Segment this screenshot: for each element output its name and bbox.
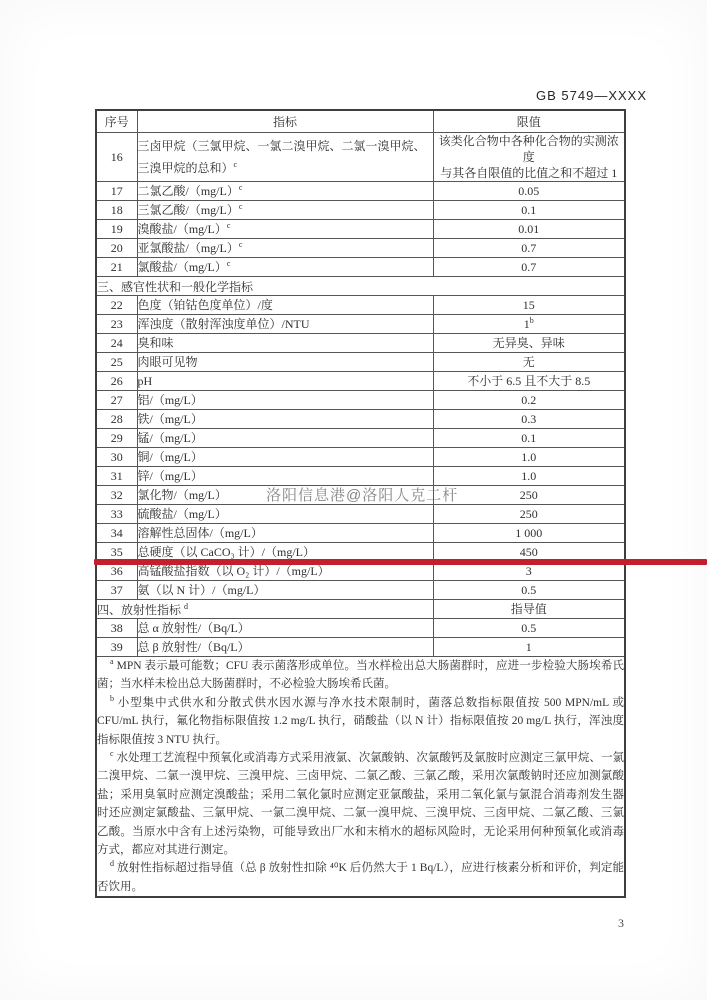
indicator-cell: 总 β 放射性/（Bq/L） — [137, 638, 433, 657]
indicator-cell: 硫酸盐/（mg/L） — [137, 505, 433, 524]
indicator-cell: 肉眼可见物 — [137, 353, 433, 372]
section-row: 四、放射性指标 d指导值 — [96, 600, 625, 619]
standard-code: GB 5749—XXXX — [536, 88, 647, 103]
limit-cell: 1b — [433, 315, 625, 334]
row-number-cell: 16 — [96, 133, 137, 182]
row-number-cell: 38 — [96, 619, 137, 638]
indicator-cell: 浑浊度（散射浑浊度单位）/NTU — [137, 315, 433, 334]
limit-cell: 该类化合物中各种化合物的实测浓度与其各自限值的比值之和不超过 1 — [433, 133, 625, 182]
limit-cell: 1.0 — [433, 467, 625, 486]
header-row: 序号 指标 限值 — [96, 110, 625, 133]
row-number-cell: 26 — [96, 372, 137, 391]
table-row: 21氯酸盐/（mg/L）c0.7 — [96, 258, 625, 277]
limit-cell: 0.3 — [433, 410, 625, 429]
row-number-cell: 17 — [96, 182, 137, 201]
section-title-cell: 三、感官性状和一般化学指标 — [96, 277, 625, 296]
col-header-number: 序号 — [96, 110, 137, 133]
limit-cell: 250 — [433, 486, 625, 505]
limit-cell: 不小于 6.5 且不大于 8.5 — [433, 372, 625, 391]
indicator-cell: 三卤甲烷（三氯甲烷、一氯二溴甲烷、二氯一溴甲烷、三溴甲烷的总和）c — [137, 133, 433, 182]
table-row: 34溶解性总固体/（mg/L）1 000 — [96, 524, 625, 543]
indicator-cell: 总 α 放射性/（Bq/L） — [137, 619, 433, 638]
section-title-cell: 四、放射性指标 d — [96, 600, 433, 619]
section-row: 三、感官性状和一般化学指标 — [96, 277, 625, 296]
limit-cell: 0.1 — [433, 429, 625, 448]
table-row: 23浑浊度（散射浑浊度单位）/NTU1b — [96, 315, 625, 334]
footnote: d 放射性指标超过指导值（总 β 放射性扣除 ⁴⁰K 后仍然大于 1 Bq/L）… — [97, 859, 624, 896]
col-header-limit: 限值 — [433, 110, 625, 133]
row-number-cell: 23 — [96, 315, 137, 334]
row-number-cell: 30 — [96, 448, 137, 467]
limit-cell: 1 — [433, 638, 625, 657]
limit-cell: 0.1 — [433, 201, 625, 220]
table-row: 39总 β 放射性/（Bq/L）1 — [96, 638, 625, 657]
table-row: 18三氯乙酸/（mg/L）c0.1 — [96, 201, 625, 220]
row-number-cell: 27 — [96, 391, 137, 410]
limit-cell: 1 000 — [433, 524, 625, 543]
row-number-cell: 24 — [96, 334, 137, 353]
limit-cell: 指导值 — [433, 600, 625, 619]
footnotes-row: a MPN 表示最可能数；CFU 表示菌落形成单位。当水样检出总大肠菌群时，应进… — [96, 657, 625, 898]
row-number-cell: 33 — [96, 505, 137, 524]
table-row: 27铝/（mg/L）0.2 — [96, 391, 625, 410]
limit-cell: 0.05 — [433, 182, 625, 201]
table-row: 25肉眼可见物无 — [96, 353, 625, 372]
footnotes-cell: a MPN 表示最可能数；CFU 表示菌落形成单位。当水样检出总大肠菌群时，应进… — [96, 657, 625, 898]
limit-cell: 0.5 — [433, 581, 625, 600]
row-number-cell: 34 — [96, 524, 137, 543]
table-row: 38总 α 放射性/（Bq/L）0.5 — [96, 619, 625, 638]
page-number: 3 — [618, 916, 624, 931]
limit-cell: 0.5 — [433, 619, 625, 638]
table-row: 30铜/（mg/L）1.0 — [96, 448, 625, 467]
indicator-cell: 溴酸盐/（mg/L）c — [137, 220, 433, 239]
scanned-standard-page: { "document": { "standard_code": "GB 574… — [0, 0, 707, 1000]
table-row: 31锌/（mg/L）1.0 — [96, 467, 625, 486]
table-row: 29锰/（mg/L）0.1 — [96, 429, 625, 448]
row-number-cell: 25 — [96, 353, 137, 372]
table-row: 24臭和味无异臭、异味 — [96, 334, 625, 353]
footnote: b 小型集中式供水和分散式供水因水源与净水技术限制时，菌落总数指标限值按 500… — [97, 694, 624, 749]
row-number-cell: 39 — [96, 638, 137, 657]
limit-cell: 0.2 — [433, 391, 625, 410]
table-row: 22色度（铂钴色度单位）/度15 — [96, 296, 625, 315]
limit-cell: 15 — [433, 296, 625, 315]
row-number-cell: 28 — [96, 410, 137, 429]
indicator-cell: 色度（铂钴色度单位）/度 — [137, 296, 433, 315]
indicator-cell: 铁/（mg/L） — [137, 410, 433, 429]
row-number-cell: 29 — [96, 429, 137, 448]
row-number-cell: 18 — [96, 201, 137, 220]
indicator-cell: 氯酸盐/（mg/L）c — [137, 258, 433, 277]
indicator-cell: 溶解性总固体/（mg/L） — [137, 524, 433, 543]
footnote: a MPN 表示最可能数；CFU 表示菌落形成单位。当水样检出总大肠菌群时，应进… — [97, 657, 624, 694]
table-row: 17二氯乙酸/（mg/L）c0.05 — [96, 182, 625, 201]
limit-cell: 0.7 — [433, 258, 625, 277]
footnote: c 水处理工艺流程中预氧化或消毒方式采用液氯、次氯酸钠、次氯酸钙及氯胺时应测定三… — [97, 749, 624, 859]
indicator-cell: 三氯乙酸/（mg/L）c — [137, 201, 433, 220]
row-number-cell: 20 — [96, 239, 137, 258]
indicator-cell: 氨（以 N 计）/（mg/L） — [137, 581, 433, 600]
limit-cell: 0.7 — [433, 239, 625, 258]
limit-cell: 0.01 — [433, 220, 625, 239]
watermark: 洛阳信息港@洛阳人克二杆 — [266, 484, 458, 505]
row-number-cell: 31 — [96, 467, 137, 486]
table-row: 19溴酸盐/（mg/L）c0.01 — [96, 220, 625, 239]
indicator-cell: 亚氯酸盐/（mg/L）c — [137, 239, 433, 258]
table-row: 28铁/（mg/L）0.3 — [96, 410, 625, 429]
row-number-cell: 21 — [96, 258, 137, 277]
row-number-cell: 22 — [96, 296, 137, 315]
table-row: 37氨（以 N 计）/（mg/L）0.5 — [96, 581, 625, 600]
limit-cell: 1.0 — [433, 448, 625, 467]
row-number-cell: 19 — [96, 220, 137, 239]
indicator-cell: 锰/（mg/L） — [137, 429, 433, 448]
limit-cell: 250 — [433, 505, 625, 524]
indicator-cell: 铜/（mg/L） — [137, 448, 433, 467]
table-row: 26pH不小于 6.5 且不大于 8.5 — [96, 372, 625, 391]
indicator-cell: 铝/（mg/L） — [137, 391, 433, 410]
indicator-cell: 臭和味 — [137, 334, 433, 353]
table-body: 16三卤甲烷（三氯甲烷、一氯二溴甲烷、二氯一溴甲烷、三溴甲烷的总和）c该类化合物… — [96, 133, 625, 657]
indicator-cell: 二氯乙酸/（mg/L）c — [137, 182, 433, 201]
col-header-indicator: 指标 — [137, 110, 433, 133]
table-row: 20亚氯酸盐/（mg/L）c0.7 — [96, 239, 625, 258]
indicator-cell: pH — [137, 372, 433, 391]
table-row: 33硫酸盐/（mg/L）250 — [96, 505, 625, 524]
red-underline-annotation — [94, 559, 707, 565]
row-number-cell: 32 — [96, 486, 137, 505]
limit-cell: 无异臭、异味 — [433, 334, 625, 353]
table-row: 16三卤甲烷（三氯甲烷、一氯二溴甲烷、二氯一溴甲烷、三溴甲烷的总和）c该类化合物… — [96, 133, 625, 182]
row-number-cell: 37 — [96, 581, 137, 600]
indicator-cell: 锌/（mg/L） — [137, 467, 433, 486]
limit-cell: 无 — [433, 353, 625, 372]
